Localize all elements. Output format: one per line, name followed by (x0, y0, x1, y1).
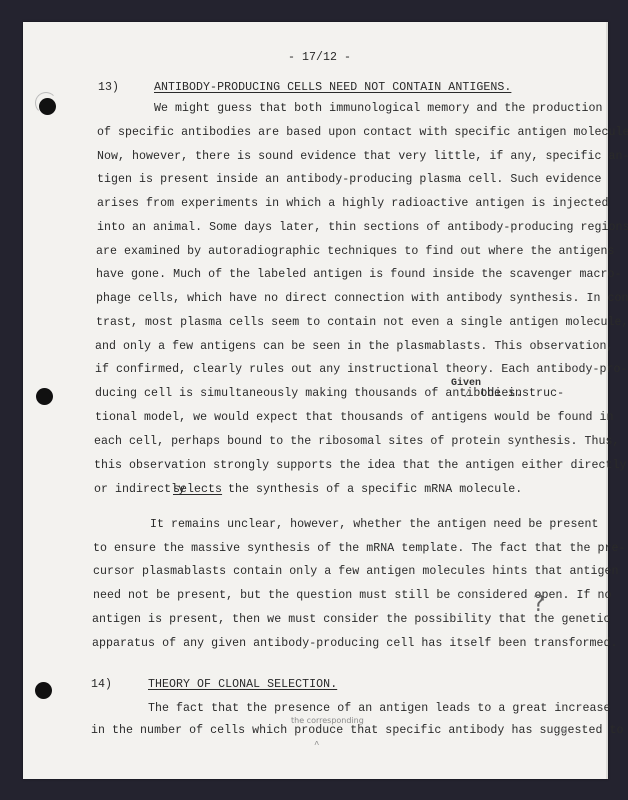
text-line: this observation strongly supports the i… (94, 459, 627, 472)
punch-hole-icon (35, 682, 52, 699)
text-line: or indirectly (94, 483, 185, 496)
punch-hole-icon (39, 98, 56, 115)
punch-hole-icon (36, 388, 53, 405)
text-line: apparatus of any given antibody-producin… (92, 637, 618, 650)
section-title: THEORY OF CLONAL SELECTION. (148, 678, 337, 691)
text-line: The fact that the presence of an antigen… (148, 702, 611, 715)
text-line: arises from experiments in which a highl… (97, 197, 609, 210)
text-line: the instruc- (480, 387, 564, 400)
text-line: We might guess that both immunological m… (154, 102, 602, 115)
typed-insertion: Given (451, 378, 481, 389)
text-line: the synthesis of a specific mRNA molecul… (228, 483, 522, 496)
insertion-mark: / (464, 390, 469, 400)
text-line: It remains unclear, however, whether the… (150, 518, 598, 531)
text-line: of specific antibodies are based upon co… (97, 126, 628, 139)
text-line: trast, most plasma cells seem to contain… (96, 316, 628, 329)
text-line: Now, however, there is sound evidence th… (97, 150, 628, 163)
emphasized-word: selects (173, 483, 222, 496)
section-number: 14) (91, 678, 112, 691)
document-page: - 17/12 - 13) ANTIBODY-PRODUCING CELLS N… (23, 22, 608, 779)
text-line: to ensure the massive synthesis of the m… (93, 542, 626, 555)
text-line: are examined by autoradiographic techniq… (96, 245, 615, 258)
margin-mark: x (561, 724, 568, 737)
text-line: tional model, we would expect that thous… (95, 411, 614, 424)
page-number: - 17/12 - (288, 51, 351, 64)
text-line: and only a few antigens can be seen in t… (95, 340, 614, 353)
section-number: 13) (98, 81, 119, 94)
text-line: if confirmed, clearly rules out any inst… (95, 363, 628, 376)
insertion-caret: ^ (314, 740, 319, 750)
margin-question-mark: ? (533, 592, 545, 617)
text-line: each cell, perhaps bound to the ribosoma… (94, 435, 620, 448)
text-line: have gone. Much of the labeled antigen i… (96, 268, 622, 281)
section-title: ANTIBODY-PRODUCING CELLS NEED NOT CONTAI… (154, 81, 511, 94)
text-line: in the number of cells which produce tha… (91, 724, 624, 737)
text-line: cursor plasmablasts contain only a few a… (93, 565, 619, 578)
text-line: tigen is present inside an antibody-prod… (97, 173, 602, 186)
text-line: into an animal. Some days later, thin se… (97, 221, 628, 234)
text-line: phage cells, which have no direct connec… (96, 292, 628, 305)
